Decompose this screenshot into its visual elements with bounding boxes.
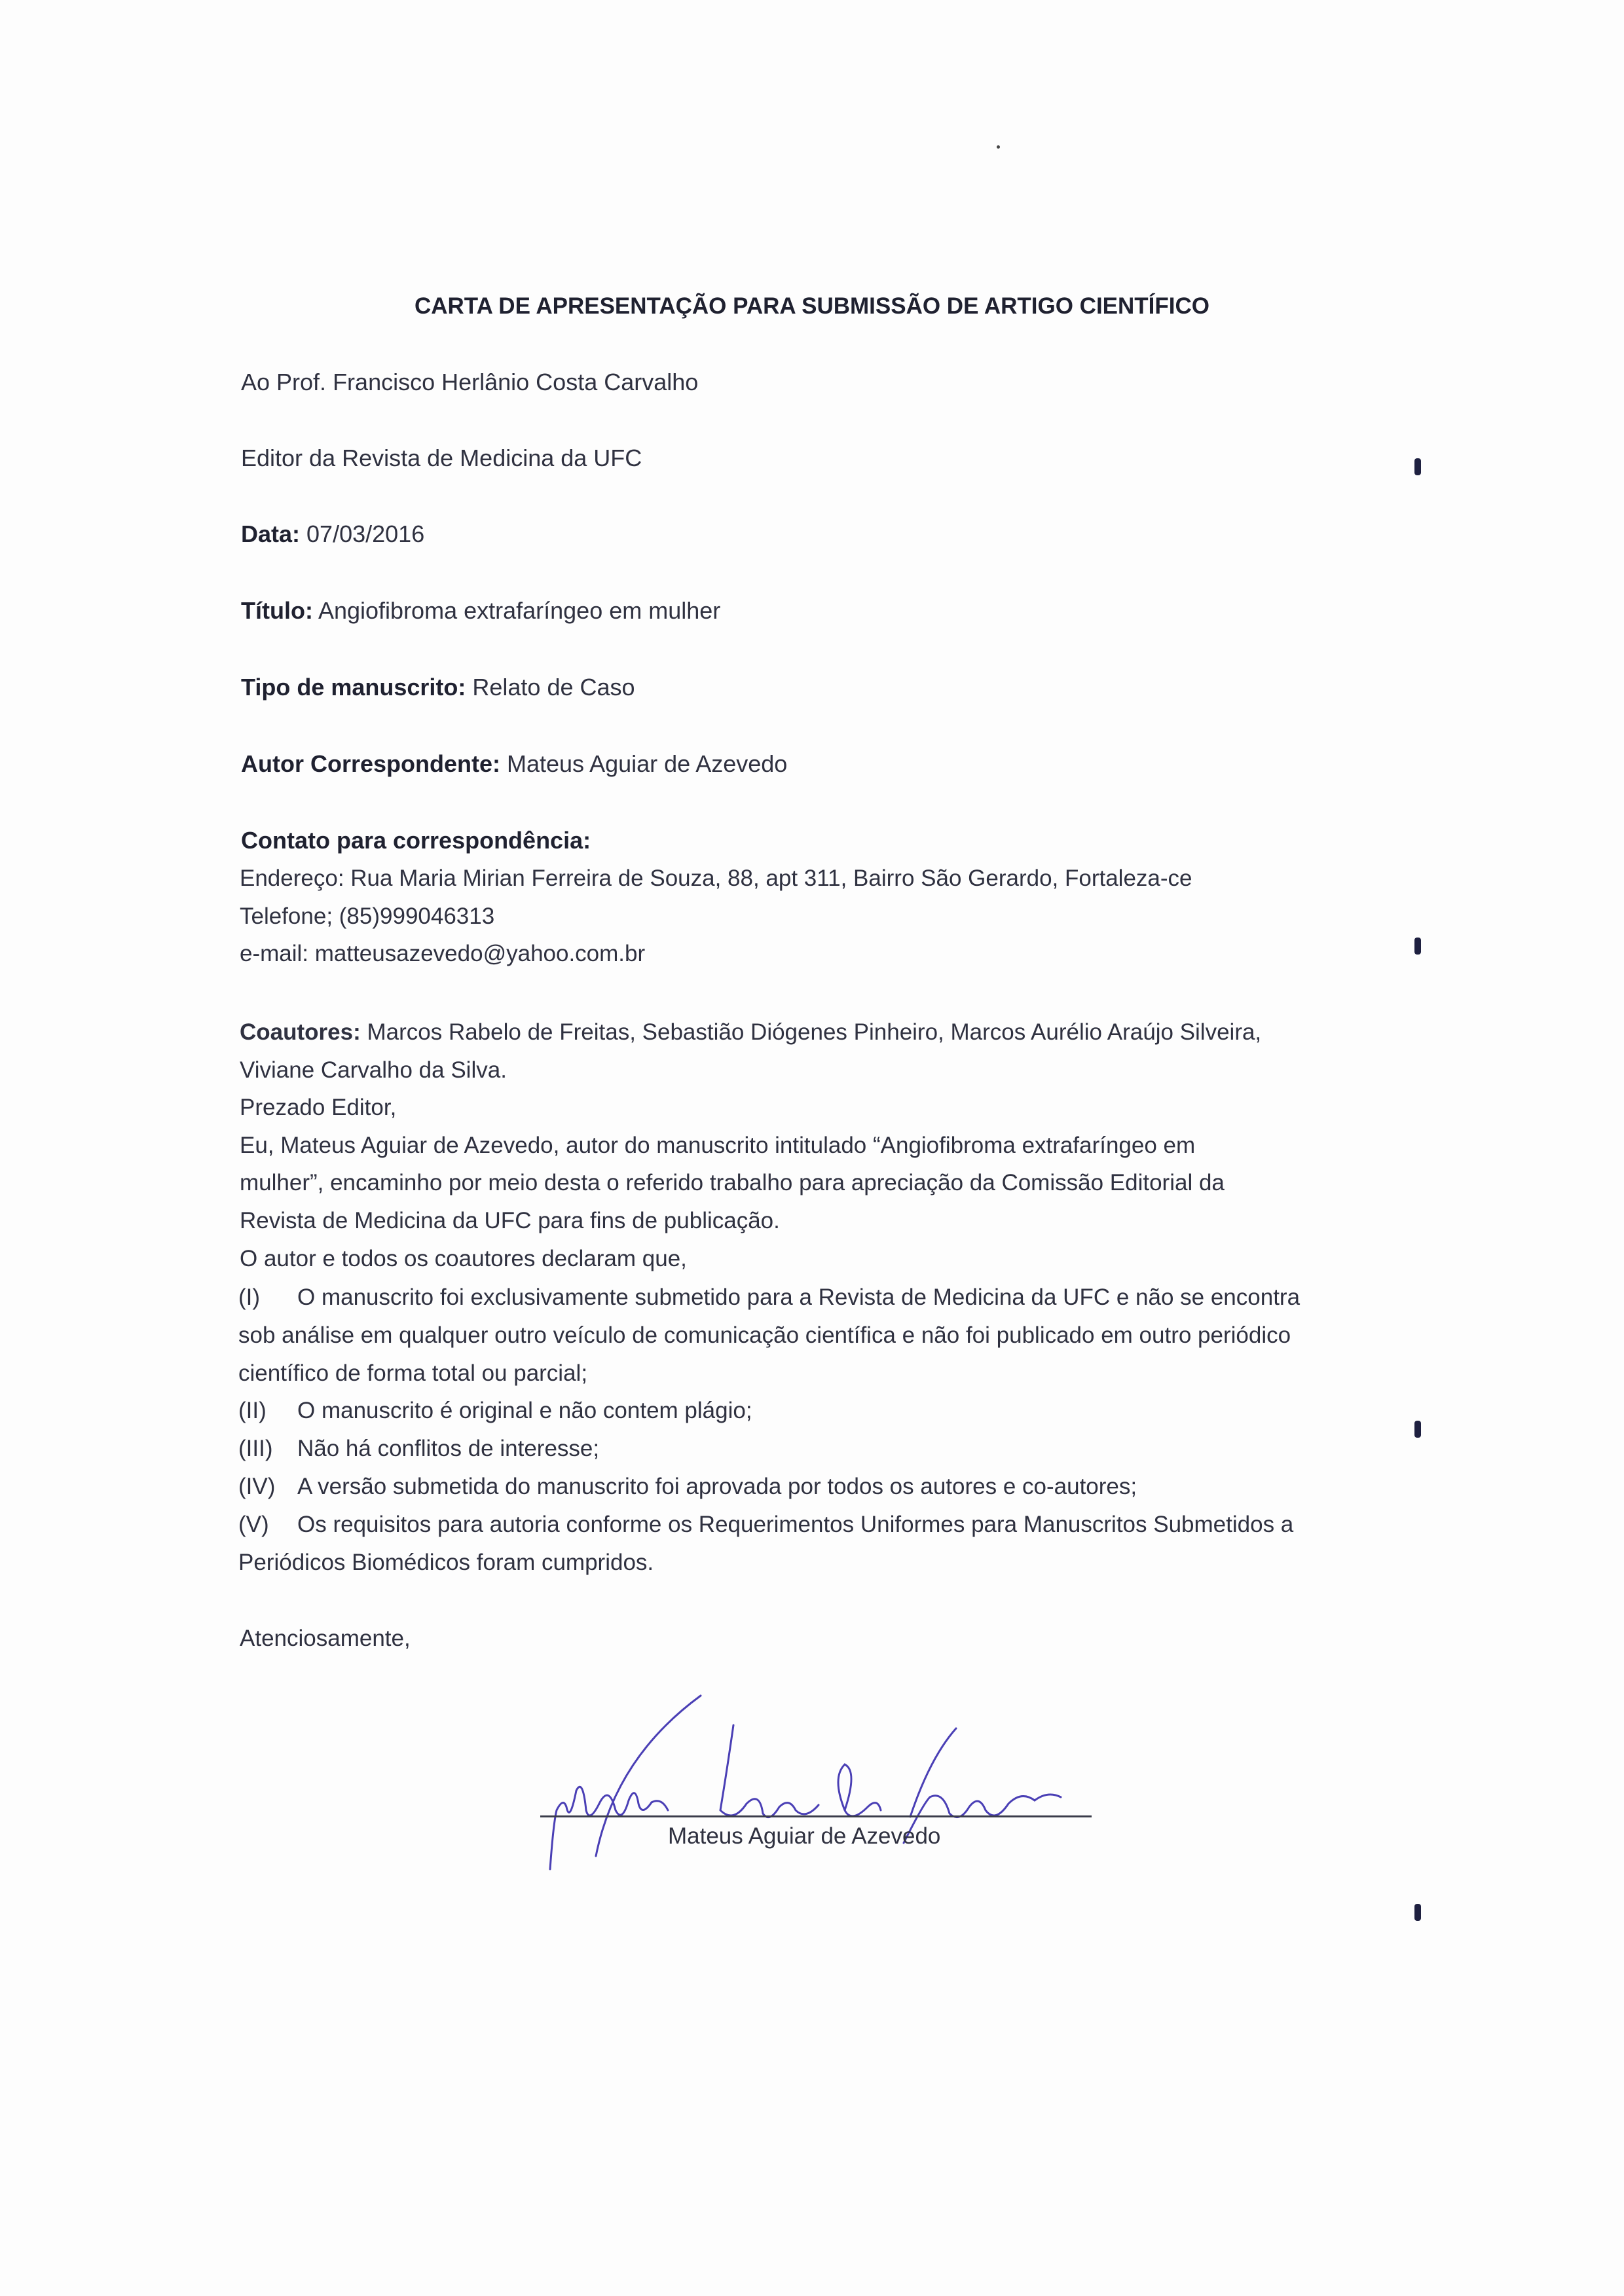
- title-label: Título:: [241, 597, 313, 624]
- salutation: Prezado Editor,: [240, 1095, 396, 1121]
- declaration-1-line-2: sob análise em qualquer outro veículo de…: [238, 1322, 1291, 1349]
- declaration-text: Não há conflitos de interesse;: [297, 1436, 599, 1461]
- corresponding-author-value: Mateus Aguiar de Azevedo: [500, 750, 787, 777]
- contact-heading: Contato para correspondência:: [241, 827, 591, 854]
- declaration-5-line-2: Periódicos Biomédicos foram cumpridos.: [238, 1550, 654, 1576]
- letter-page: CARTA DE APRESENTAÇÃO PARA SUBMISSÃO DE …: [0, 0, 1624, 2296]
- corresponding-author-field: Autor Correspondente: Mateus Aguiar de A…: [241, 750, 787, 778]
- declaration-number: (I): [238, 1285, 297, 1311]
- title-value: Angiofibroma extrafaríngeo em mulher: [313, 597, 720, 624]
- signature-name: Mateus Aguiar de Azevedo: [668, 1823, 940, 1850]
- signature-line: [540, 1815, 1092, 1817]
- coauthors-line-2: Viviane Carvalho da Silva.: [240, 1057, 507, 1084]
- scan-mark: [1414, 1421, 1421, 1438]
- scan-mark: [1414, 938, 1421, 955]
- date-value: 07/03/2016: [300, 520, 424, 547]
- coauthors-line-1: Coautores: Marcos Rabelo de Freitas, Seb…: [240, 1019, 1261, 1046]
- declaration-4: (IV)A versão submetida do manuscrito foi…: [238, 1474, 1137, 1500]
- manuscript-type-label: Tipo de manuscrito:: [241, 674, 466, 701]
- declaration-text: O manuscrito foi exclusivamente submetid…: [297, 1285, 1300, 1310]
- contact-heading-text: Contato para correspondência:: [241, 827, 591, 854]
- body-line-2: mulher”, encaminho por meio desta o refe…: [240, 1170, 1225, 1196]
- coauthors-label: Coautores:: [240, 1019, 361, 1045]
- closing: Atenciosamente,: [240, 1626, 411, 1652]
- manuscript-type-value: Relato de Caso: [466, 674, 635, 701]
- contact-address: Endereço: Rua Maria Mirian Ferreira de S…: [240, 866, 1192, 892]
- declaration-text: A versão submetida do manuscrito foi apr…: [297, 1474, 1137, 1499]
- declaration-text: O manuscrito é original e não contem plá…: [297, 1398, 752, 1423]
- declaration-number: (IV): [238, 1474, 297, 1500]
- document-title: CARTA DE APRESENTAÇÃO PARA SUBMISSÃO DE …: [0, 293, 1624, 319]
- declaration-number: (III): [238, 1436, 297, 1462]
- declaration-text: Os requisitos para autoria conforme os R…: [297, 1512, 1293, 1537]
- corresponding-author-label: Autor Correspondente:: [241, 750, 500, 777]
- contact-email: e-mail: matteusazevedo@yahoo.com.br: [240, 941, 645, 967]
- scan-mark: [1414, 1904, 1421, 1921]
- recipient: Ao Prof. Francisco Herlânio Costa Carval…: [241, 369, 698, 396]
- declaration-number: (II): [238, 1398, 297, 1424]
- scan-speck: [997, 145, 1000, 149]
- contact-phone: Telefone; (85)999046313: [240, 903, 494, 930]
- declaration-1-line-3: científico de forma total ou parcial;: [238, 1360, 587, 1387]
- recipient-role: Editor da Revista de Medicina da UFC: [241, 445, 642, 472]
- date-label: Data:: [241, 520, 300, 547]
- coauthors-names-1: Marcos Rabelo de Freitas, Sebastião Dióg…: [361, 1019, 1261, 1045]
- title-field: Título: Angiofibroma extrafaríngeo em mu…: [241, 597, 720, 625]
- declaration-number: (V): [238, 1512, 297, 1538]
- body-line-1: Eu, Mateus Aguiar de Azevedo, autor do m…: [240, 1133, 1195, 1159]
- body-line-3: Revista de Medicina da UFC para fins de …: [240, 1208, 780, 1234]
- declaration-1: (I)O manuscrito foi exclusivamente subme…: [238, 1285, 1300, 1311]
- body-line-4: O autor e todos os coautores declaram qu…: [240, 1246, 687, 1272]
- manuscript-type-field: Tipo de manuscrito: Relato de Caso: [241, 674, 635, 701]
- declaration-5: (V)Os requisitos para autoria conforme o…: [238, 1512, 1293, 1538]
- scan-mark: [1414, 458, 1421, 475]
- date-field: Data: 07/03/2016: [241, 520, 424, 548]
- declaration-3: (III)Não há conflitos de interesse;: [238, 1436, 599, 1462]
- declaration-2: (II)O manuscrito é original e não contem…: [238, 1398, 752, 1424]
